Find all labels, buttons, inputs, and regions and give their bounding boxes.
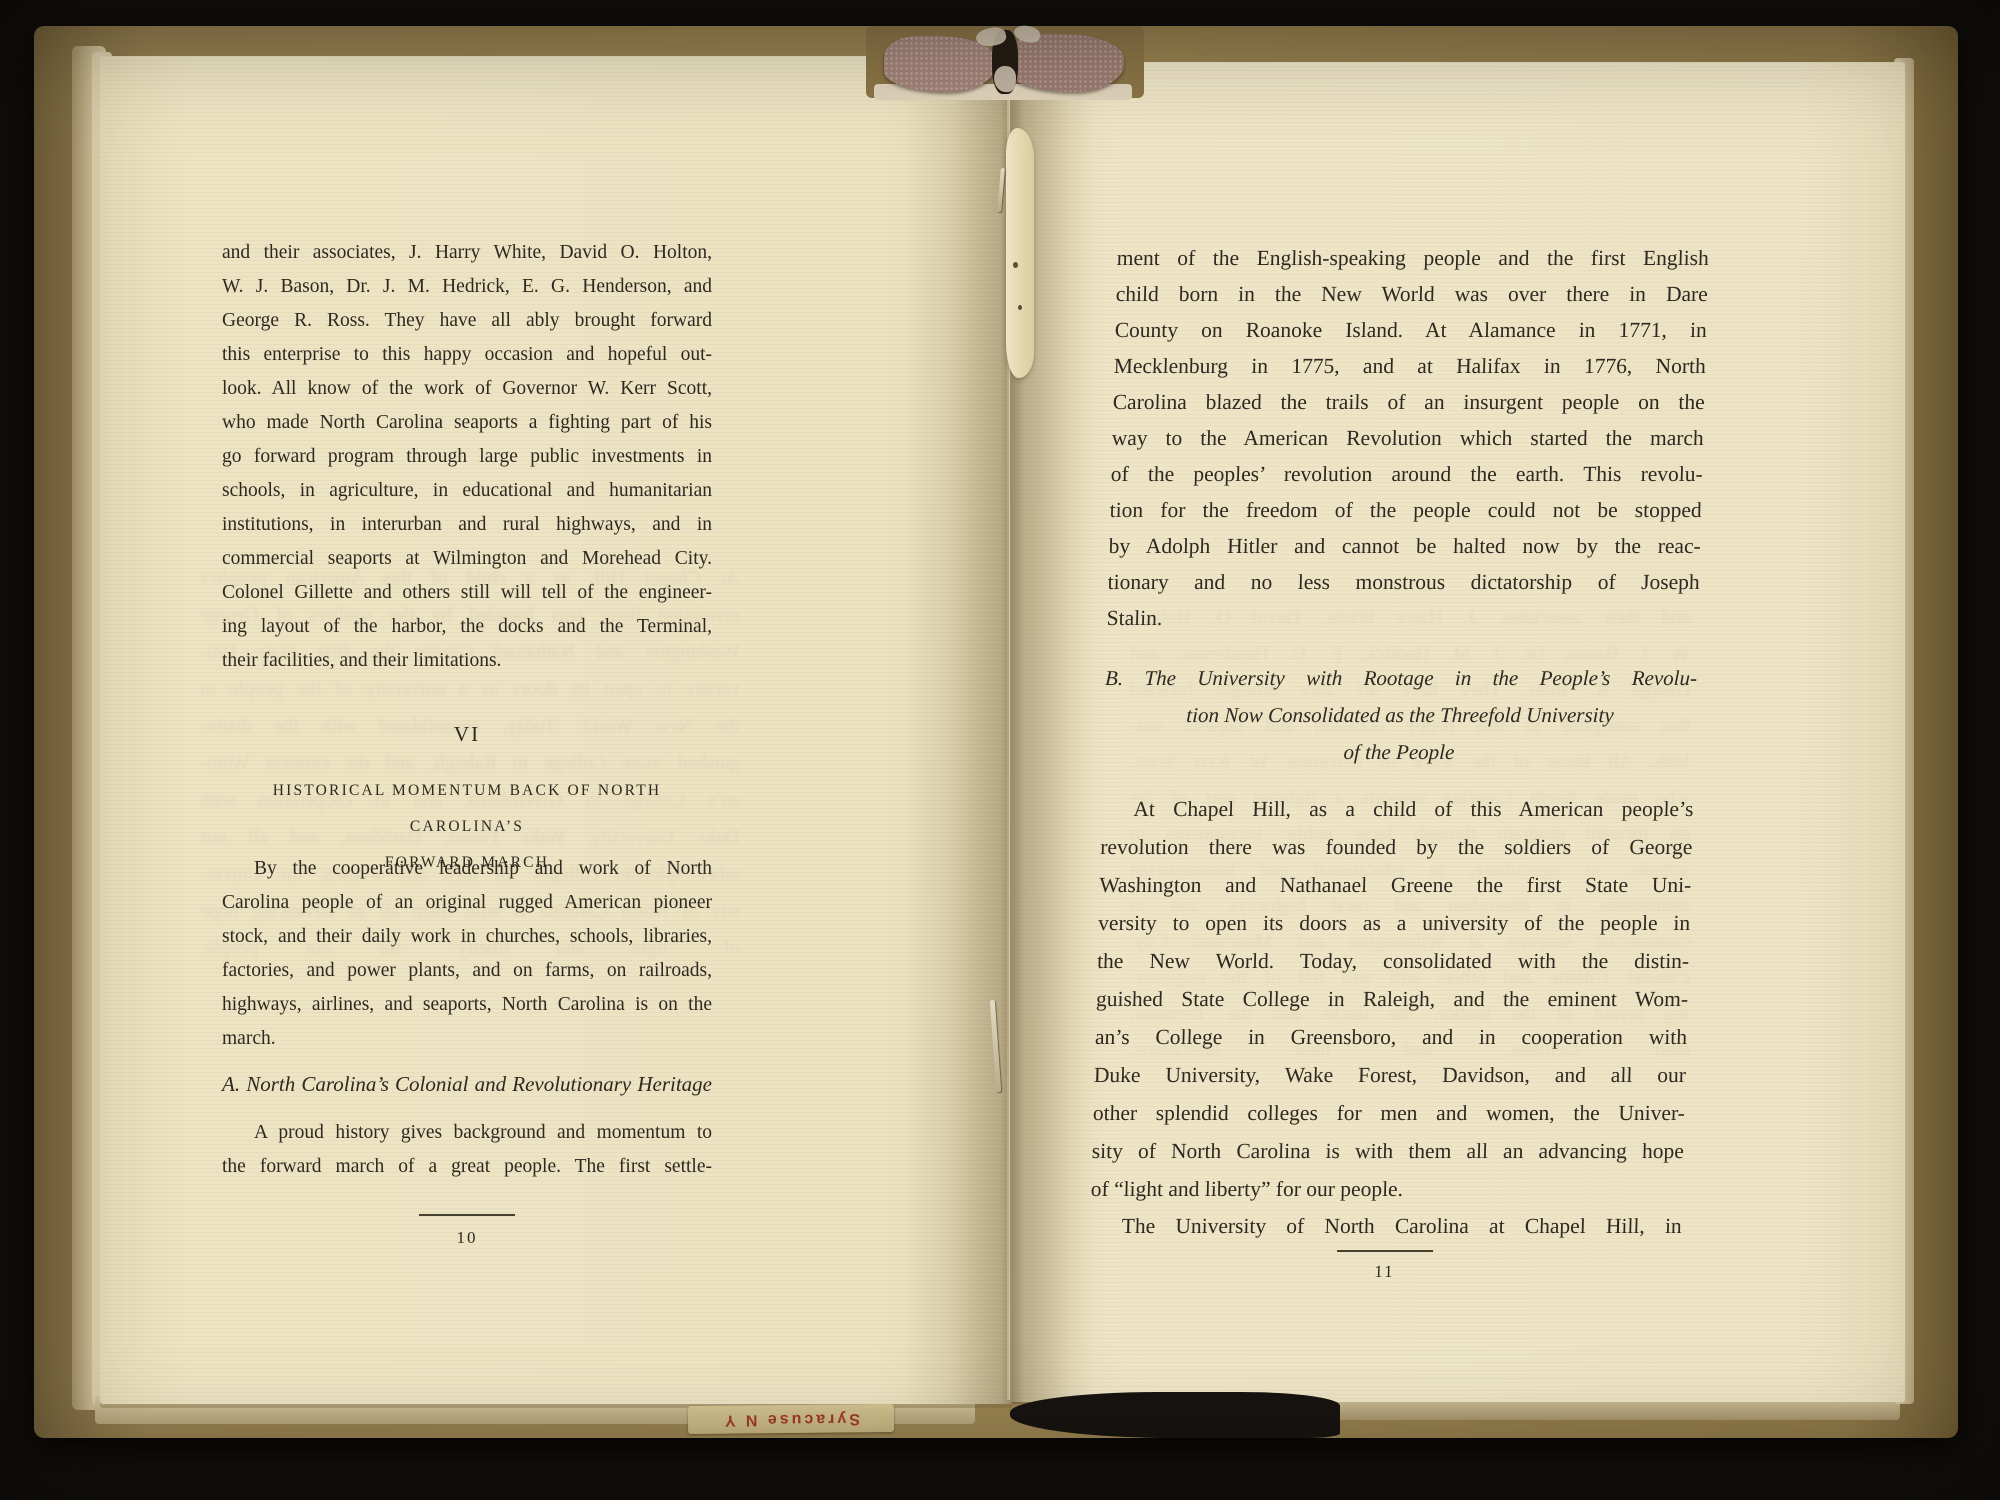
text-line: ing layout of the harbor, the docks and … xyxy=(222,610,712,644)
text-line: go forward program through large public … xyxy=(222,440,712,474)
text-line: of the People xyxy=(1102,734,1695,771)
section-numeral: VI xyxy=(222,722,712,747)
page-number: 11 xyxy=(1088,1262,1681,1282)
text-line: HISTORICAL MOMENTUM BACK OF NORTH CAROLI… xyxy=(222,773,712,845)
text-line: by Adolph Hitler and cannot be halted no… xyxy=(1108,528,1701,564)
text-line: other splendid colleges for men and wome… xyxy=(1092,1094,1685,1132)
text-line: Stalin. xyxy=(1106,600,1699,636)
text-line: tion Now Consolidated as the Threefold U… xyxy=(1103,697,1696,734)
text-line: A proud history gives background and mom… xyxy=(222,1116,712,1150)
text-line: Carolina blazed the trails of an insurge… xyxy=(1112,384,1705,420)
text-line: Mecklenburg in 1775, and at Halifax in 1… xyxy=(1113,348,1706,384)
text-line: W. J. Bason, Dr. J. M. Hedrick, E. G. He… xyxy=(222,270,712,304)
subsection-heading-a: A. North Carolina’s Colonial and Revolut… xyxy=(222,1066,712,1103)
text-line: At Chapel Hill, as a child of this Ameri… xyxy=(1101,790,1694,828)
text-line: factories, and power plants, and on farm… xyxy=(222,954,712,988)
headband-cloth-right xyxy=(1008,34,1124,92)
binding-speck xyxy=(1018,305,1022,310)
cover-tear-shadow xyxy=(1010,1392,1340,1438)
text-line: Colonel Gillette and others still will t… xyxy=(222,576,712,610)
binder-stamp-text: Syracuse N Y xyxy=(722,1409,860,1428)
paragraph: By the cooperative leadership and work o… xyxy=(222,852,712,1056)
paragraph: The University of North Carolina at Chap… xyxy=(1089,1208,1682,1244)
text-line: B. The University with Rootage in the Pe… xyxy=(1105,660,1698,697)
text-line: By the cooperative leadership and work o… xyxy=(222,852,712,886)
text-line: tion for the freedom of the people could… xyxy=(1109,492,1702,528)
text-line: this enterprise to this happy occasion a… xyxy=(222,338,712,372)
text-line: the forward march of a great people. The… xyxy=(222,1150,712,1184)
text-line: highways, airlines, and seaports, North … xyxy=(222,988,712,1022)
text-line: County on Roanoke Island. At Alamance in… xyxy=(1114,312,1707,348)
text-line: The University of North Carolina at Chap… xyxy=(1089,1208,1682,1244)
headband-cloth-left xyxy=(884,36,996,92)
text-line: ment of the English-speaking people and … xyxy=(1116,240,1709,276)
headband xyxy=(866,26,1144,112)
page-number-rule xyxy=(1089,1250,1681,1252)
text-line: George R. Ross. They have all ably broug… xyxy=(222,304,712,338)
paragraph: At Chapel Hill, as a child of this Ameri… xyxy=(1090,790,1694,1208)
text-line: child born in the New World was over the… xyxy=(1115,276,1708,312)
text-line: march. xyxy=(222,1022,712,1056)
text-line: way to the American Revolution which sta… xyxy=(1111,420,1704,456)
text-line: revolution there was founded by the sold… xyxy=(1100,828,1693,866)
text-line: and their associates, J. Harry White, Da… xyxy=(222,236,712,270)
subsection-heading-b: B. The University with Rootage in the Pe… xyxy=(1102,660,1697,771)
text-line: look. All know of the work of Governor W… xyxy=(222,372,712,406)
torn-paper-edge xyxy=(1006,128,1034,378)
binder-stamp: Syracuse N Y xyxy=(688,1404,894,1434)
text-line: Washington and Nathanael Greene the firs… xyxy=(1099,866,1692,904)
paragraph: and their associates, J. Harry White, Da… xyxy=(222,236,712,678)
text-line: the New World. Today, consolidated with … xyxy=(1097,942,1690,980)
text-line: sity of North Carolina is with them all … xyxy=(1091,1132,1684,1170)
text-line: schools, in agriculture, in educational … xyxy=(222,474,712,508)
text-line: Carolina people of an original rugged Am… xyxy=(222,886,712,920)
page-number-rule xyxy=(222,1214,712,1216)
text-line: who made North Carolina seaports a fight… xyxy=(222,406,712,440)
text-line: an’s College in Greensboro, and in coope… xyxy=(1095,1018,1688,1056)
paragraph: A proud history gives background and mom… xyxy=(222,1116,712,1184)
text-line: of “light and liberty” for our people. xyxy=(1090,1170,1683,1208)
text-line: guished State College in Raleigh, and th… xyxy=(1096,980,1689,1018)
book-scan: At Chapel Hill, as a child of this Ameri… xyxy=(0,0,2000,1500)
text-line: of the peoples’ revolution around the ea… xyxy=(1110,456,1703,492)
text-line: versity to open its doors as a universit… xyxy=(1098,904,1691,942)
text-line: tionary and no less monstrous dictatorsh… xyxy=(1107,564,1700,600)
text-line: Duke University, Wake Forest, Davidson, … xyxy=(1093,1056,1686,1094)
text-line: commercial seaports at Wilmington and Mo… xyxy=(222,542,712,576)
page-number: 10 xyxy=(222,1228,712,1248)
text-line: A. North Carolina’s Colonial and Revolut… xyxy=(222,1066,712,1103)
paragraph: ment of the English-speaking people and … xyxy=(1106,240,1709,636)
text-line: stock, and their daily work in churches,… xyxy=(222,920,712,954)
text-line: their facilities, and their limitations. xyxy=(222,644,712,678)
binding-speck xyxy=(1013,262,1018,268)
text-line: institutions, in interurban and rural hi… xyxy=(222,508,712,542)
